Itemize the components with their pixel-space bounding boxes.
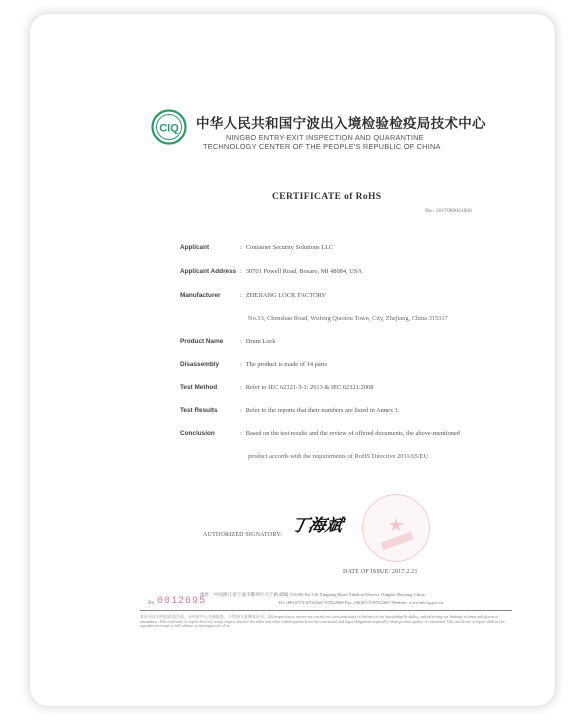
field-value: Drum Lock bbox=[246, 338, 276, 345]
field-value: The product is made of 14 parts bbox=[246, 361, 327, 368]
footer-disclaimer: 本证书仅对所检样品负责。未经本中心书面批准，不得部分复制本证书。All insp… bbox=[140, 615, 512, 629]
field-label: Disassembly bbox=[180, 361, 240, 368]
conclusion-line2: product accords with the requirements of… bbox=[248, 453, 428, 460]
field-value: 30701 Powell Road, Bosaro, MI 48084, USA bbox=[246, 268, 362, 275]
date-value: 2017.2.21 bbox=[392, 569, 418, 575]
footer-divider bbox=[140, 610, 512, 611]
field-value: Container Security Solutions LLC bbox=[246, 244, 334, 251]
date-of-issue: DATE OF ISSUE: 2017.2.21 bbox=[343, 569, 418, 575]
manufacturer-address: No.13, Chenshan Road, Wufeng Qiaotou Tow… bbox=[248, 315, 448, 322]
field-label: Product Name bbox=[180, 338, 240, 345]
field-label: Conclusion bbox=[180, 430, 240, 437]
field-manufacturer: Manufacturer:ZHEJIANG LOCK FACTORY bbox=[180, 292, 326, 299]
certificate-title: CERTIFICATE of RoHS bbox=[272, 192, 382, 202]
field-label: Test Method bbox=[180, 384, 240, 391]
field-label: Applicant bbox=[180, 244, 240, 251]
svg-text:CIQ: CIQ bbox=[159, 123, 179, 135]
certificate-number: No.: 2017080001800 bbox=[425, 208, 472, 214]
certificate-card: CIQ 中华人民共和国宁波出入境检验检疫局技术中心 NINGBO ENTRY-E… bbox=[30, 14, 555, 706]
serial-label: No bbox=[148, 601, 154, 606]
field-test-results: Test Results:Refer to the reports that t… bbox=[180, 407, 399, 414]
field-disassembly: Disassembly:The product is made of 14 pa… bbox=[180, 361, 327, 368]
serial-number: 0012695 bbox=[157, 596, 206, 607]
footer-contacts: Tel: (86) 0574-87022667 87022668 Fax: (8… bbox=[278, 600, 443, 605]
field-conclusion: Conclusion:Based on the test results and… bbox=[180, 430, 460, 437]
stamp-star-icon: ★ bbox=[388, 515, 404, 536]
authorized-signatory-label: AUTHORIZED SIGNATORY: bbox=[203, 532, 282, 538]
field-test-method: Test Method:Refer to IEC 62321-3-1: 2013… bbox=[180, 384, 373, 391]
certificate-document: CIQ 中华人民共和国宁波出入境检验检疫局技术中心 NINGBO ENTRY-E… bbox=[140, 96, 512, 646]
field-label: Applicant Address bbox=[180, 268, 240, 275]
field-value: Refer to the reports that their numbers … bbox=[246, 407, 400, 414]
center-chinese-name: 中华人民共和国宁波出入境检验检疫局技术中心 bbox=[196, 112, 486, 132]
center-english-name-line1: NINGBO ENTRY-EXIT INSPECTION AND QUARANT… bbox=[226, 133, 424, 142]
field-value: Based on the test results and the review… bbox=[246, 430, 460, 437]
center-english-name-line2: TECHNOLOGY CENTER OF THE PEOPLE'S REPUBL… bbox=[203, 142, 441, 151]
field-label: Manufacturer bbox=[180, 292, 240, 299]
footer-address: 地址：中国浙江省宁波市鄞州区兴宁路 邮编 315000 No.336 Xingn… bbox=[200, 592, 425, 598]
ciq-logo-icon: CIQ bbox=[151, 109, 187, 145]
field-label: Test Results bbox=[180, 407, 240, 414]
field-value: Refer to IEC 62321-3-1: 2013 & IEC 62321… bbox=[246, 384, 374, 391]
field-product-name: Product Name:Drum Lock bbox=[180, 338, 275, 345]
field-value: ZHEJIANG LOCK FACTORY bbox=[246, 292, 326, 299]
field-applicant: Applicant:Container Security Solutions L… bbox=[180, 244, 333, 251]
signature: 丁海斌 bbox=[289, 511, 345, 536]
date-label: DATE OF ISSUE: bbox=[343, 569, 390, 575]
official-stamp: ★ bbox=[362, 494, 430, 562]
field-applicant-address: Applicant Address:30701 Powell Road, Bos… bbox=[180, 268, 362, 275]
